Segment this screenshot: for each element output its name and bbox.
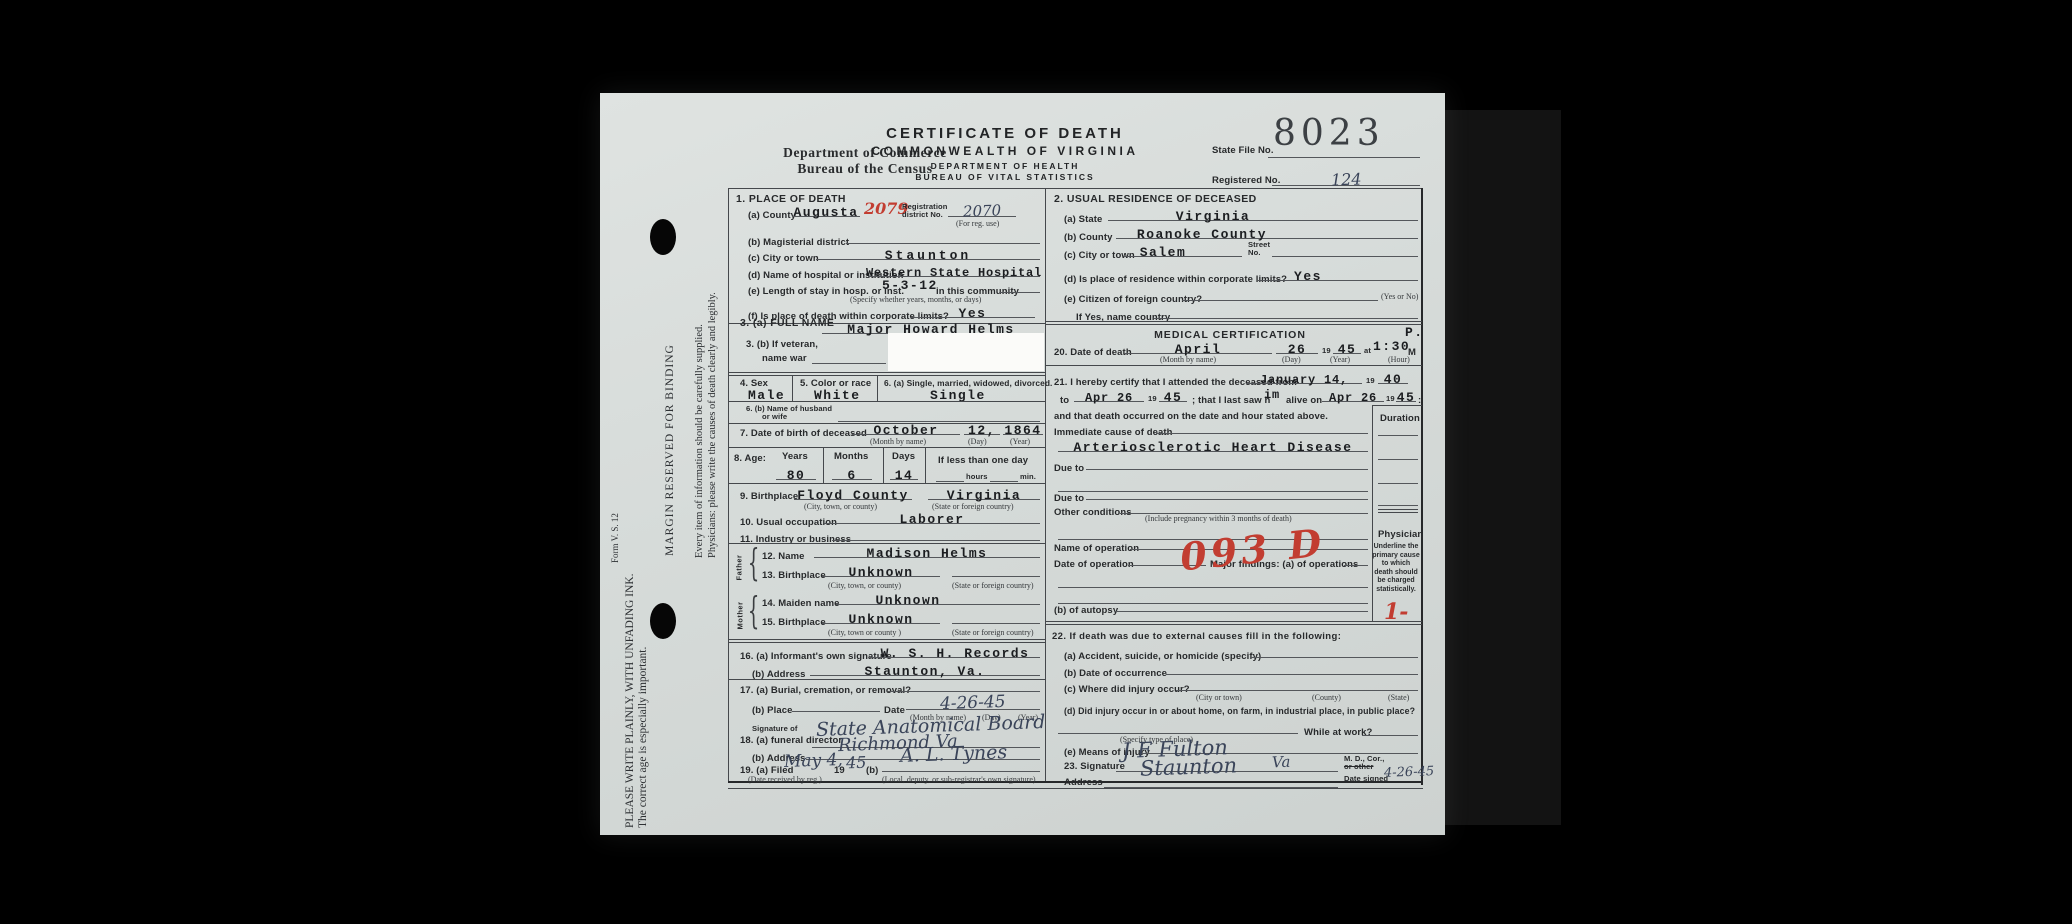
- duration-line1: [1378, 419, 1418, 436]
- age-months-line: 6: [832, 463, 872, 480]
- to-y2-line: 45: [1159, 385, 1187, 402]
- last-saw-label: ; that I last saw h: [1192, 395, 1270, 406]
- occupation-line: Laborer: [824, 507, 1040, 524]
- burial-date-line: 4-26-45: [906, 693, 1040, 710]
- form-number: Form V. S. 12: [610, 513, 620, 563]
- scan-shadow: [1445, 110, 1561, 825]
- street-label2: No.: [1248, 249, 1270, 257]
- residence-corporate-value: Yes: [1294, 269, 1322, 284]
- birth-month-value: October: [873, 423, 938, 438]
- burial-place-line: [792, 695, 880, 712]
- father-name-line: Madison Helms: [814, 541, 1040, 558]
- citizen-yes-no-note: (Yes or No): [1381, 292, 1418, 301]
- marital-row-rule: [728, 401, 1045, 402]
- state-file-label: State File No.: [1212, 145, 1274, 156]
- immediate-cause-line: [1156, 417, 1368, 434]
- dept-health: DEPARTMENT OF HEALTH: [845, 161, 1165, 171]
- race-marital-divider: [877, 375, 878, 401]
- industry-line: [832, 524, 1040, 541]
- injury-place-line: [1058, 717, 1298, 734]
- birth-date-label: 7. Date of birth of deceased: [740, 428, 867, 439]
- injury-city-sub: (City or town): [1196, 693, 1242, 702]
- death-month-sub: (Month by name): [1160, 355, 1216, 364]
- mother-birthplace-value: Unknown: [848, 612, 913, 627]
- reg-district-value: 2070: [963, 201, 1002, 220]
- birthplace-value: Floyd County: [797, 488, 909, 503]
- mother-brace: {: [748, 589, 759, 632]
- father-name-label: 12. Name: [762, 551, 805, 562]
- injury-county-sub: (County): [1312, 693, 1341, 702]
- funeral-sig-label1: Signature of: [752, 725, 798, 733]
- registered-no-line: 124: [1272, 169, 1420, 186]
- margin-note-line2: The correct age is especially important.: [637, 376, 650, 828]
- alive-y3-value: 45: [1397, 390, 1416, 405]
- residence-corporate-line: Yes: [1258, 264, 1418, 281]
- date-signed-value: 4-26-45: [1384, 764, 1435, 781]
- form-right-border: [1421, 188, 1423, 785]
- address-label: Address: [1064, 777, 1103, 788]
- informant-address-line: Staunton, Va.: [810, 659, 1040, 676]
- duration-line4: [1378, 489, 1418, 506]
- to-y2-value: 45: [1164, 390, 1183, 405]
- veteran-line: [812, 347, 886, 364]
- residence-county-line: Roanoke County: [1116, 222, 1418, 239]
- hospital-line: Western State Hospital: [868, 260, 1040, 277]
- reg-district-line: 2070: [948, 200, 1016, 217]
- birth-row-rule: [728, 447, 1045, 448]
- corporate-limits-line: Yes: [910, 301, 1035, 318]
- him-value: im: [1264, 388, 1280, 402]
- age-months-value: 6: [847, 468, 856, 483]
- to-date-value: Apr 26: [1085, 391, 1133, 405]
- margin-note-line4: Physicians: please write the causes of d…: [707, 128, 720, 558]
- bureau-vital-stats: BUREAU OF VITAL STATISTICS: [845, 172, 1165, 182]
- death-hour-value: 1:30: [1373, 339, 1410, 354]
- duration-double-rule2: [1378, 512, 1418, 513]
- other-conditions-line: [1120, 497, 1368, 514]
- commonwealth-title: COMMONWEALTH OF VIRGINIA: [845, 144, 1165, 158]
- city-label: (c) City or town: [748, 253, 819, 264]
- injury-where-label: (c) Where did injury occur?: [1064, 684, 1190, 695]
- form-top-rule: [728, 188, 1423, 189]
- physician-note: Underline the primary cause to which dea…: [1372, 543, 1420, 594]
- citizen-line: [1182, 284, 1378, 301]
- duration-double-rule1: [1378, 509, 1418, 510]
- residence-state-label: (a) State: [1064, 214, 1102, 225]
- mother-maiden-line: Unknown: [836, 588, 1040, 605]
- birth-year-line: 1864: [1003, 418, 1043, 435]
- street-no-line: [1272, 240, 1418, 257]
- name-country-line: [1154, 302, 1418, 319]
- marital-label: 6. (a) Single, married, widowed, divorce…: [884, 378, 1052, 388]
- stay-value: 5-3-12: [882, 278, 938, 293]
- death-certificate-paper: Form V. S. 12 PLEASE WRITE PLAINLY, WITH…: [600, 93, 1445, 835]
- pregnancy-note: (Include pregnancy within 3 months of de…: [1145, 514, 1292, 523]
- county-value: Augusta: [793, 205, 858, 220]
- magisterial-line: [846, 227, 1040, 244]
- state-file-line: [1268, 141, 1420, 158]
- burial-date-label: Date: [884, 705, 905, 716]
- duration-top-rule: [1372, 405, 1422, 406]
- address-state-value: Va: [1272, 753, 1291, 772]
- to-y2-pre: 19: [1148, 395, 1157, 403]
- section3-bottom-rule2: [728, 375, 1045, 376]
- address-value: Staunton: [1140, 753, 1238, 780]
- birthplace-state-line: Virginia: [928, 483, 1040, 500]
- injury-state-sub: (State): [1388, 693, 1409, 702]
- alive-date-value: Apr 26: [1329, 391, 1377, 405]
- age-days-value: 14: [895, 468, 914, 483]
- birthplace-state-value: Virginia: [947, 488, 1021, 503]
- or-other-label: or other: [1344, 763, 1384, 771]
- attended-y1-pre: 19: [1366, 377, 1375, 385]
- death-year-sub: (Year): [1330, 355, 1350, 364]
- hours-label: hours: [966, 473, 988, 481]
- birth-day-line: 12,: [964, 418, 1000, 435]
- injury-where-line: [1176, 674, 1418, 691]
- father-birthplace-label: 13. Birthplace: [762, 570, 826, 581]
- operation-date-label: Date of operation: [1054, 559, 1134, 570]
- father-group-label: Father: [734, 555, 743, 581]
- mother-maiden-value: Unknown: [875, 593, 940, 608]
- age-label: 8. Age:: [734, 453, 766, 464]
- attended-from-line: January 14,: [1246, 367, 1362, 384]
- injury-place-label: (d) Did injury occur in or about home, o…: [1064, 706, 1415, 716]
- margin-note-line1: PLEASE WRITE PLAINLY, WITH UNFADING INK.: [624, 376, 637, 828]
- residence-bottom-rule2: [1045, 324, 1422, 325]
- alive-date-line: Apr 26: [1322, 385, 1384, 402]
- death-year-line: 45: [1333, 337, 1361, 354]
- medical-bottom-rule2: [1045, 624, 1422, 625]
- age-days-line: 14: [890, 463, 918, 480]
- autopsy-label: (b) of autopsy: [1054, 605, 1118, 616]
- death-year-pre: 19: [1322, 347, 1331, 355]
- father-brace: {: [748, 541, 759, 584]
- parents-bottom-rule: [728, 639, 1045, 640]
- min-label: min.: [1020, 473, 1036, 481]
- due-to1-line: [1086, 453, 1368, 470]
- sex-race-divider: [792, 375, 793, 401]
- birth-year-value: 1864: [1004, 423, 1041, 438]
- findings-line: [1344, 549, 1368, 566]
- registered-no-label: Registered No.: [1212, 175, 1280, 186]
- certificate-title: CERTIFICATE OF DEATH: [845, 125, 1165, 142]
- death-day-sub: (Day): [1282, 355, 1301, 364]
- death-date-label: 20. Date of death: [1054, 347, 1132, 358]
- occupation-label: 10. Usual occupation: [740, 517, 837, 528]
- mother-group-label: Mother: [736, 602, 745, 630]
- birthplace-label: 9. Birthplace: [740, 491, 798, 502]
- occurrence-date-label: (b) Date of occurrence: [1064, 668, 1167, 679]
- registered-no-value: 124: [1330, 169, 1361, 189]
- death-at-label: at: [1364, 347, 1371, 355]
- margin-note-line3: Every item of information should be care…: [694, 128, 707, 558]
- alive-y3-line: 45: [1396, 385, 1416, 402]
- filed-b-label: (b): [866, 765, 878, 776]
- age-divider1: [823, 447, 824, 483]
- residence-county-label: (b) County: [1064, 232, 1113, 243]
- to-date-line: Apr 26: [1074, 385, 1144, 402]
- mother-birthplace-sub2: (State or foreign country): [952, 628, 1034, 637]
- birth-day-sub: (Day): [968, 437, 987, 446]
- age-years-line: 80: [776, 463, 816, 480]
- operation-label: Name of operation: [1054, 543, 1139, 554]
- spouse-label1: 6. (b) Name of husband: [746, 405, 832, 413]
- form-bottom-rule2: [728, 788, 1423, 789]
- filed-sub: (Date received by reg.): [748, 775, 822, 784]
- mother-birthplace-state-line: [952, 607, 1040, 624]
- father-birthplace-state-line: [952, 560, 1040, 577]
- mother-birthplace-sub: (City, town or county ): [828, 628, 901, 637]
- alive-y3-pre: 19: [1386, 395, 1395, 403]
- margin-binding-note: MARGIN RESERVED FOR BINDING: [664, 277, 676, 623]
- community-line: [1000, 276, 1040, 293]
- age-days-header: Days: [892, 451, 915, 462]
- while-at-work-line: [1362, 719, 1418, 736]
- death-hour-sub: (Hour): [1388, 355, 1410, 364]
- full-name-label: 3. (a) FULL NAME: [740, 317, 834, 329]
- birth-day-value: 12,: [968, 423, 996, 438]
- filed-sub2: (Local, deputy, or sub-registrar's own s…: [882, 775, 1036, 784]
- father-name-value: Madison Helms: [867, 546, 988, 561]
- burial-place-label: (b) Place: [752, 705, 793, 716]
- filed-year-value: 45: [846, 753, 867, 773]
- age-months-header: Months: [834, 451, 868, 462]
- due-to1-label: Due to: [1054, 463, 1084, 474]
- father-birthplace-line: Unknown: [822, 560, 940, 577]
- death-month-line: April: [1124, 337, 1272, 354]
- county-line: Augusta: [792, 200, 860, 217]
- cause-value-line: Arteriosclerotic Heart Disease: [1058, 435, 1368, 452]
- birthplace-line: Floyd County: [794, 483, 912, 500]
- residence-state-line: Virginia: [1108, 204, 1418, 221]
- accident-line: [1250, 641, 1418, 658]
- duration-line3: [1378, 467, 1418, 484]
- scan-photo: { "header": { "dept1": "Department of Co…: [0, 0, 2072, 924]
- age-years-value: 80: [787, 468, 806, 483]
- reg-district-label2: district No.: [902, 211, 948, 219]
- city-line: Staunton: [816, 243, 1040, 260]
- veteran-label1: 3. (b) If veteran,: [746, 339, 818, 350]
- punch-hole-top: [650, 219, 676, 255]
- occurrence-date-line: [1166, 658, 1418, 675]
- burial-line: [888, 675, 1040, 692]
- birth-year-sub: (Year): [1010, 437, 1030, 446]
- alive-label: alive on: [1286, 395, 1322, 406]
- column-divider: [1045, 188, 1046, 783]
- veteran-label2: name war: [762, 353, 807, 364]
- residence-city-line: Salem: [1124, 240, 1242, 257]
- section3-bottom-rule: [728, 372, 1045, 373]
- redaction-box: [888, 333, 1044, 371]
- date-signed-label: Date signed: [1344, 775, 1388, 783]
- hours-line: [936, 465, 964, 482]
- registrar-sig-value: A. L. Tynes: [900, 741, 1008, 767]
- father-birthplace-value: Unknown: [848, 565, 913, 580]
- residence-bottom-rule: [1045, 321, 1422, 322]
- autopsy-line: [1116, 595, 1368, 612]
- due-to2-label: Due to: [1054, 493, 1084, 504]
- margin-divider: [728, 188, 729, 783]
- min-line: [990, 465, 1018, 482]
- burial-date-value: 4-26-45: [940, 692, 1006, 714]
- age-divider2: [883, 447, 884, 483]
- pm-mark: P.: [1405, 325, 1424, 340]
- mother-birthplace-line: Unknown: [822, 607, 940, 624]
- to-label: to: [1060, 395, 1069, 406]
- age-years-header: Years: [782, 451, 808, 462]
- residence-city-value: Salem: [1140, 245, 1187, 260]
- death-day-line: 26: [1276, 337, 1318, 354]
- spouse-label2: or wife: [762, 413, 787, 421]
- birth-month-line: October: [852, 418, 960, 435]
- age-divider3: [925, 447, 926, 483]
- filed-year-pre: 19: [834, 765, 845, 776]
- informant-line: W. S. H. Records: [870, 641, 1040, 658]
- duration-line2: [1378, 443, 1418, 460]
- county-label: (a) County: [748, 210, 796, 221]
- medical-bottom-rule: [1045, 621, 1422, 622]
- mother-birthplace-label: 15. Birthplace: [762, 617, 826, 628]
- attended-y1-line: 40: [1378, 367, 1408, 384]
- death-date-rule: [1045, 365, 1422, 366]
- birth-month-sub: (Month by name): [870, 437, 926, 446]
- full-name-line: Major Howard Helms: [822, 317, 1040, 334]
- physician-label: Physician: [1378, 529, 1423, 540]
